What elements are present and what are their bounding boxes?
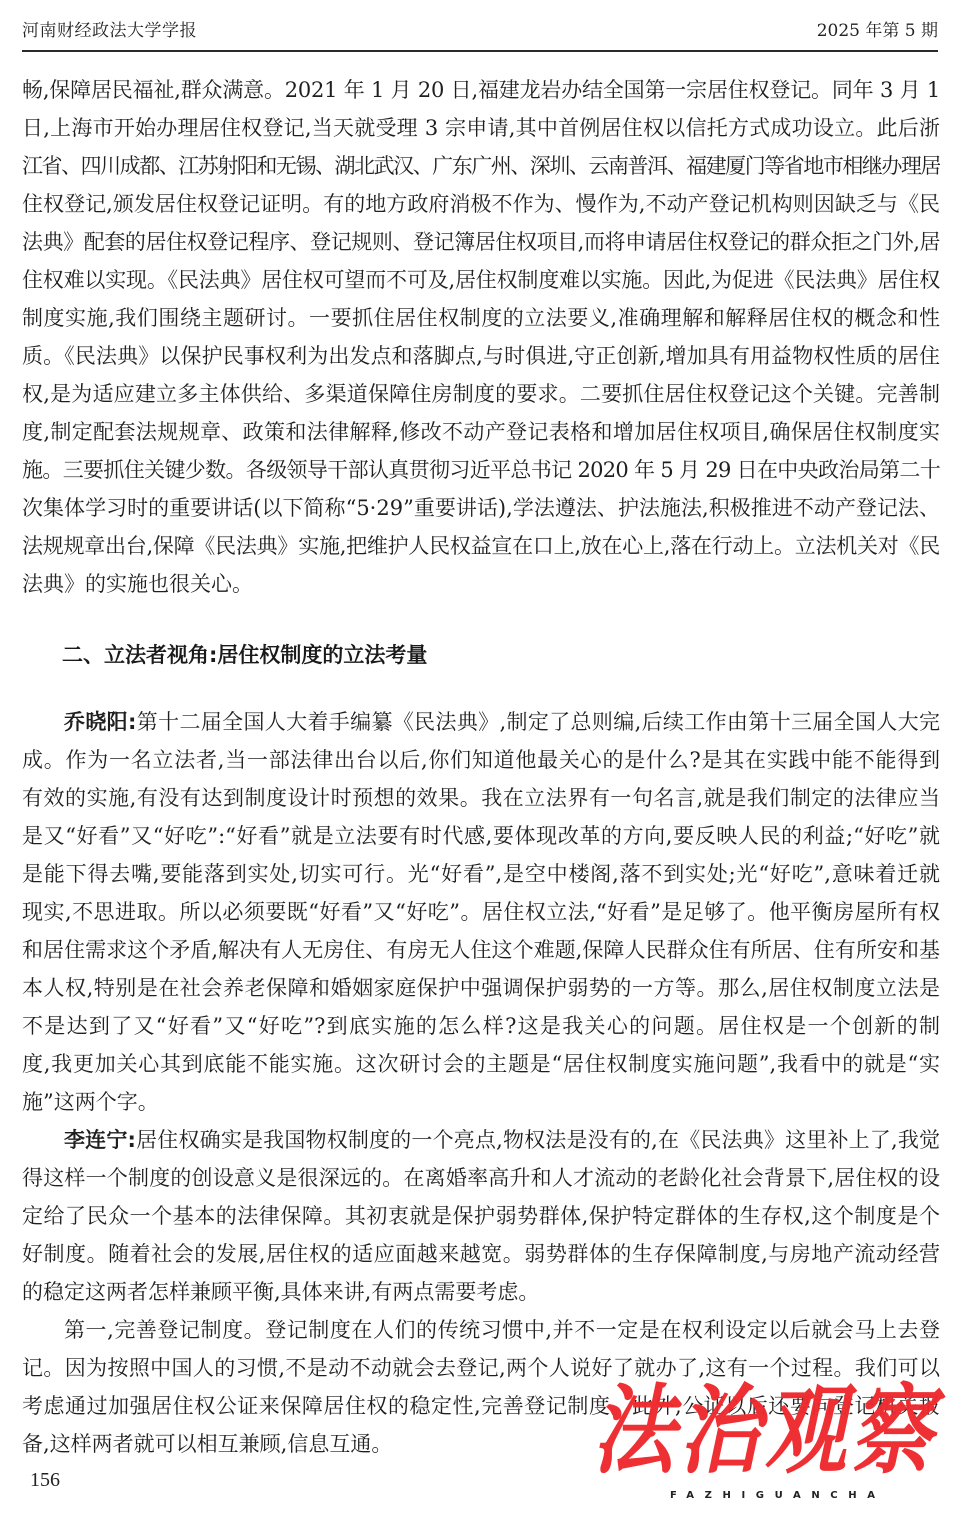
text-line: 法典》配套的居住权登记程序、登记规则、登记簿居住权项目,而将申请居住权登记的群众… bbox=[22, 223, 940, 261]
issue-label: 2025 年第 5 期 bbox=[817, 19, 938, 43]
text-line: 成。作为一名立法者,当一部法律出台以后,你们知道他最关心的是什么?是其在实践中能… bbox=[22, 741, 940, 779]
header-rule bbox=[22, 50, 938, 52]
text-line: 考虑通过加强居住权公证来保障居住权的稳定性,完善登记制度。此外,公证以后还要向登… bbox=[22, 1387, 940, 1425]
page-number: 156 bbox=[30, 1466, 60, 1494]
speaker-name: 乔晓阳: bbox=[64, 710, 136, 734]
text-line: 法典》的实施也很关心。 bbox=[22, 565, 940, 603]
text-line: 次集体学习时的重要讲话(以下简称“5·29”重要讲话),学法遵法、护法施法,积极… bbox=[22, 489, 940, 527]
text-line: 日,上海市开始办理居住权登记,当天就受理 3 宗申请,其中首例居住权以信托方式成… bbox=[22, 109, 940, 147]
text-line: 住权难以实现。《民法典》居住权可望而不可及,居住权制度难以实施。因此,为促进《民… bbox=[22, 261, 940, 299]
watermark-subtitle: FAZHIGUANCHA bbox=[670, 1490, 886, 1502]
text-line: 制度实施,我们围绕主题研讨。一要抓住居住权制度的立法要义,准确理解和解释居住权的… bbox=[22, 299, 940, 337]
text-span: 居住权确实是我国物权制度的一个亮点,物权法是没有的,在《民法典》这里补上了,我觉 bbox=[136, 1128, 940, 1152]
text-line: 好制度。随着社会的发展,居住权的适应面越来越宽。弱势群体的生存保障制度,与房地产… bbox=[22, 1235, 940, 1273]
text-line: 是又“好看”又“好吃”:“好看”就是立法要有时代感,要体现改革的方向,要反映人民… bbox=[22, 817, 940, 855]
speaker-name: 李连宁: bbox=[64, 1128, 136, 1152]
text-line: 畅,保障居民福祉,群众满意。2021 年 1 月 20 日,福建龙岩办结全国第一… bbox=[22, 71, 940, 109]
text-line: 现实,不思进取。所以必须要既“好看”又“好吃”。居住权立法,“好看”是足够了。他… bbox=[22, 893, 940, 931]
section-heading: 二、立法者视角:居住权制度的立法考量 bbox=[62, 636, 427, 674]
paragraph-speaker-1: 乔晓阳:第十二届全国人大着手编纂《民法典》,制定了总则编,后续工作由第十三届全国… bbox=[22, 703, 940, 1121]
text-line: 江省、四川成都、江苏射阳和无锡、湖北武汉、广东广州、深圳、云南普洱、福建厦门等省… bbox=[22, 147, 940, 185]
text-line: 施”这两个字。 bbox=[22, 1083, 940, 1121]
text-line: 有效的实施,有没有达到制度设计时预想的效果。我在立法界有一句名言,就是我们制定的… bbox=[22, 779, 940, 817]
text-line: 的稳定这两者怎样兼顾平衡,具体来讲,有两点需要考虑。 bbox=[22, 1273, 940, 1311]
text-line: 权,是为适应建立多主体供给、多渠道保障住房制度的要求。二要抓住居住权登记这个关键… bbox=[22, 375, 940, 413]
text-line: 定给了民众一个基本的法律保障。其初衷就是保护弱势群体,保护特定群体的生存权,这个… bbox=[22, 1197, 940, 1235]
text-line: 法规规章出台,保障《民法典》实施,把维护人民权益宣在口上,放在心上,落在行动上。… bbox=[22, 527, 940, 565]
journal-title: 河南财经政法大学学报 bbox=[22, 19, 197, 43]
text-line: 和居住需求这个矛盾,解决有人无房住、有房无人住这个难题,保障人民群众住有所居、住… bbox=[22, 931, 940, 969]
text-line: 乔晓阳:第十二届全国人大着手编纂《民法典》,制定了总则编,后续工作由第十三届全国… bbox=[22, 703, 940, 741]
text-line: 是能下得去嘴,要能落到实处,切实可行。光“好看”,是空中楼阁,落不到实处;光“好… bbox=[22, 855, 940, 893]
text-line: 度,我更加关心其到底能不能实施。这次研讨会的主题是“居住权制度实施问题”,我看中… bbox=[22, 1045, 940, 1083]
text-line: 质。《民法典》以保护民事权利为出发点和落脚点,与时俱进,守正创新,增加具有用益物… bbox=[22, 337, 940, 375]
text-line: 记。因为按照中国人的习惯,不是动不动就会去登记,两个人说好了就办了,这有一个过程… bbox=[22, 1349, 940, 1387]
text-line: 度,制定配套法规规章、政策和法律解释,修改不动产登记表格和增加居住权项目,确保居… bbox=[22, 413, 940, 451]
paragraph-point-1: 第一,完善登记制度。登记制度在人们的传统习惯中,并不一定是在权利设定以后就会马上… bbox=[22, 1311, 940, 1463]
paragraph-speaker-2: 李连宁:居住权确实是我国物权制度的一个亮点,物权法是没有的,在《民法典》这里补上… bbox=[22, 1121, 940, 1311]
text-line: 第一,完善登记制度。登记制度在人们的传统习惯中,并不一定是在权利设定以后就会马上… bbox=[22, 1311, 940, 1349]
text-line: 备,这样两者就可以相互兼顾,信息互通。 bbox=[22, 1425, 940, 1463]
text-line: 得这样一个制度的创设意义是很深远的。在离婚率高升和人才流动的老龄化社会背景下,居… bbox=[22, 1159, 940, 1197]
text-line: 本人权,特别是在社会养老保障和婚姻家庭保护中强调保护弱势的一方等。那么,居住权制… bbox=[22, 969, 940, 1007]
text-line: 施。三要抓住关键少数。各级领导干部认真贯彻习近平总书记 2020 年 5 月 2… bbox=[22, 451, 940, 489]
discussion: 乔晓阳:第十二届全国人大着手编纂《民法典》,制定了总则编,后续工作由第十三届全国… bbox=[22, 703, 940, 1463]
text-line: 不是达到了又“好看”又“好吃”?到底实施的怎么样?这是我关心的问题。居住权是一个… bbox=[22, 1007, 940, 1045]
text-line: 住权登记,颁发居住权登记证明。有的地方政府消极不作为、慢作为,不动产登记机构则因… bbox=[22, 185, 940, 223]
journal-page: 河南财经政法大学学报 2025 年第 5 期 畅,保障居民福祉,群众满意。202… bbox=[0, 0, 966, 1516]
text-line: 李连宁:居住权确实是我国物权制度的一个亮点,物权法是没有的,在《民法典》这里补上… bbox=[22, 1121, 940, 1159]
text-span: 第十二届全国人大着手编纂《民法典》,制定了总则编,后续工作由第十三届全国人大完 bbox=[136, 710, 940, 734]
intro-paragraph: 畅,保障居民福祉,群众满意。2021 年 1 月 20 日,福建龙岩办结全国第一… bbox=[22, 71, 940, 603]
